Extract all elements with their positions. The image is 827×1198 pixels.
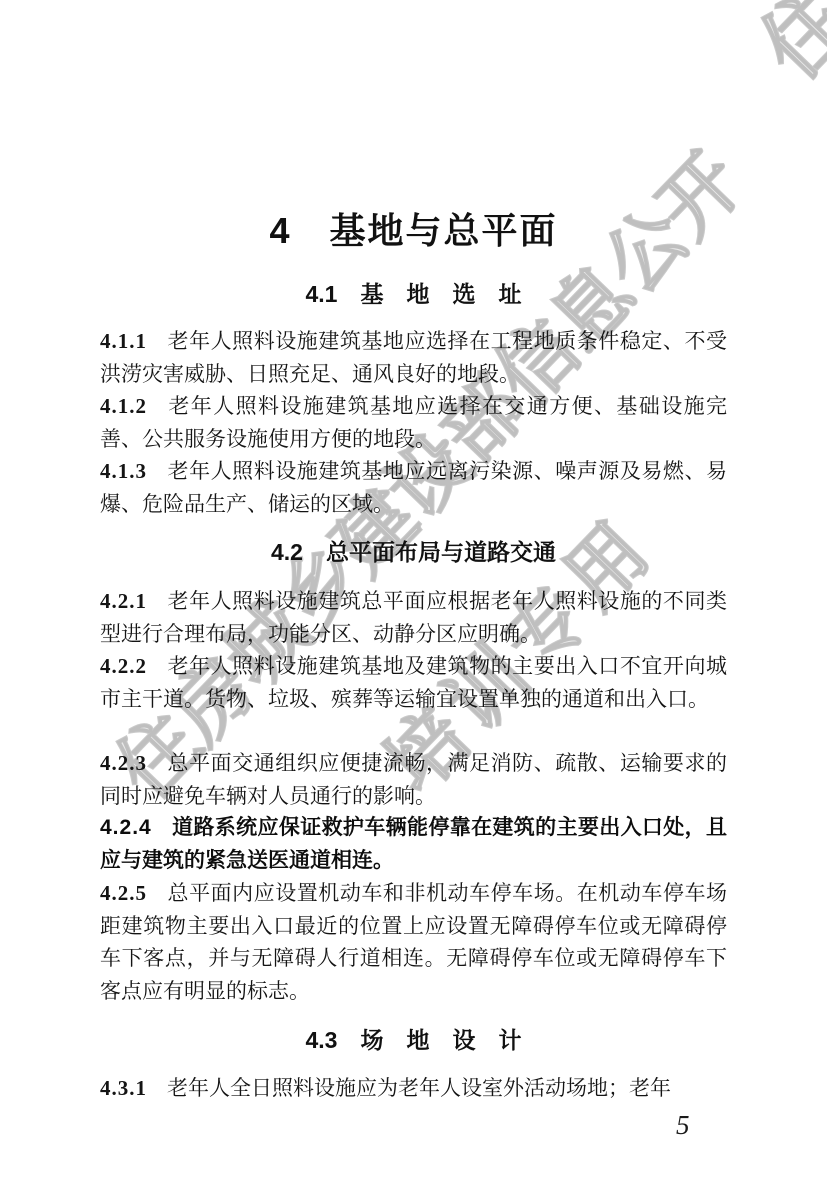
clause-text: 老年人照料设施建筑基地应选择在交通方便、基础设施完善、公共服务设施使用方便的地段… xyxy=(100,394,727,451)
clause-4-1-1: 4.1.1老年人照料设施建筑基地应选择在工程地质条件稳定、不受洪涝灾害威胁、日照… xyxy=(100,325,727,390)
clause-number: 4.1.2 xyxy=(100,394,147,418)
section-heading-4-1: 4.1 基 地 选 址 xyxy=(100,276,727,309)
clause-number: 4.3.1 xyxy=(100,1076,147,1100)
clause-4-2-5: 4.2.5总平面内应设置机动车和非机动车停车场。在机动车停车场距建筑物主要出入口… xyxy=(100,877,727,1007)
clause-number: 4.2.4 xyxy=(100,816,152,839)
chapter-title: 4 基地与总平面 xyxy=(100,203,727,254)
clause-number: 4.2.3 xyxy=(100,751,147,775)
section-heading-4-2: 4.2 总平面布局与道路交通 xyxy=(100,534,727,567)
clause-text: 老年人全日照料设施应为老年人设室外活动场地；老年 xyxy=(167,1076,671,1100)
clause-number: 4.1.1 xyxy=(100,329,147,353)
clause-text: 老年人照料设施建筑基地及建筑物的主要出入口不宜开向城市主干道。货物、垃圾、殡葬等… xyxy=(100,654,727,711)
clause-4-3-1: 4.3.1老年人全日照料设施应为老年人设室外活动场地；老年 xyxy=(100,1072,727,1105)
clause-text: 总平面内应设置机动车和非机动车停车场。在机动车停车场距建筑物主要出入口最近的位置… xyxy=(100,881,727,1003)
clause-number: 4.1.3 xyxy=(100,459,147,483)
clause-4-2-3: 4.2.3总平面交通组织应便捷流畅，满足消防、疏散、运输要求的同时应避免车辆对人… xyxy=(100,747,727,812)
clause-4-1-3: 4.1.3老年人照料设施建筑基地应远离污染源、噪声源及易燃、易爆、危险品生产、储… xyxy=(100,455,727,520)
clause-number: 4.2.5 xyxy=(100,881,147,905)
clause-text: 老年人照料设施建筑总平面应根据老年人照料设施的不同类型进行合理布局，功能分区、动… xyxy=(100,589,727,646)
watermark-corner-fragment: 住 xyxy=(717,0,827,114)
clause-number: 4.2.1 xyxy=(100,589,147,613)
document-page: 住房城乡建设部信息公开 培训专用 住 4 基地与总平面 4.1 基 地 选 址 … xyxy=(0,0,827,1198)
clause-text: 老年人照料设施建筑基地应远离污染源、噪声源及易燃、易爆、危险品生产、储运的区域。 xyxy=(100,459,727,516)
clause-text: 总平面交通组织应便捷流畅，满足消防、疏散、运输要求的同时应避免车辆对人员通行的影… xyxy=(100,751,727,808)
clause-4-1-2: 4.1.2老年人照料设施建筑基地应选择在交通方便、基础设施完善、公共服务设施使用… xyxy=(100,390,727,455)
clause-4-2-4-mandatory: 4.2.4道路系统应保证救护车辆能停靠在建筑的主要出入口处，且应与建筑的紧急送医… xyxy=(100,812,727,877)
clause-number: 4.2.2 xyxy=(100,654,147,678)
clause-text: 老年人照料设施建筑基地应选择在工程地质条件稳定、不受洪涝灾害威胁、日照充足、通风… xyxy=(100,329,727,386)
clause-4-2-2: 4.2.2老年人照料设施建筑基地及建筑物的主要出入口不宜开向城市主干道。货物、垃… xyxy=(100,650,727,715)
clause-text: 道路系统应保证救护车辆能停靠在建筑的主要出入口处，且应与建筑的紧急送医通道相连。 xyxy=(100,816,727,872)
clause-4-2-1: 4.2.1老年人照料设施建筑总平面应根据老年人照料设施的不同类型进行合理布局，功… xyxy=(100,585,727,650)
section-heading-4-3: 4.3 场 地 设 计 xyxy=(100,1022,727,1055)
page-number: 5 xyxy=(676,1110,690,1141)
